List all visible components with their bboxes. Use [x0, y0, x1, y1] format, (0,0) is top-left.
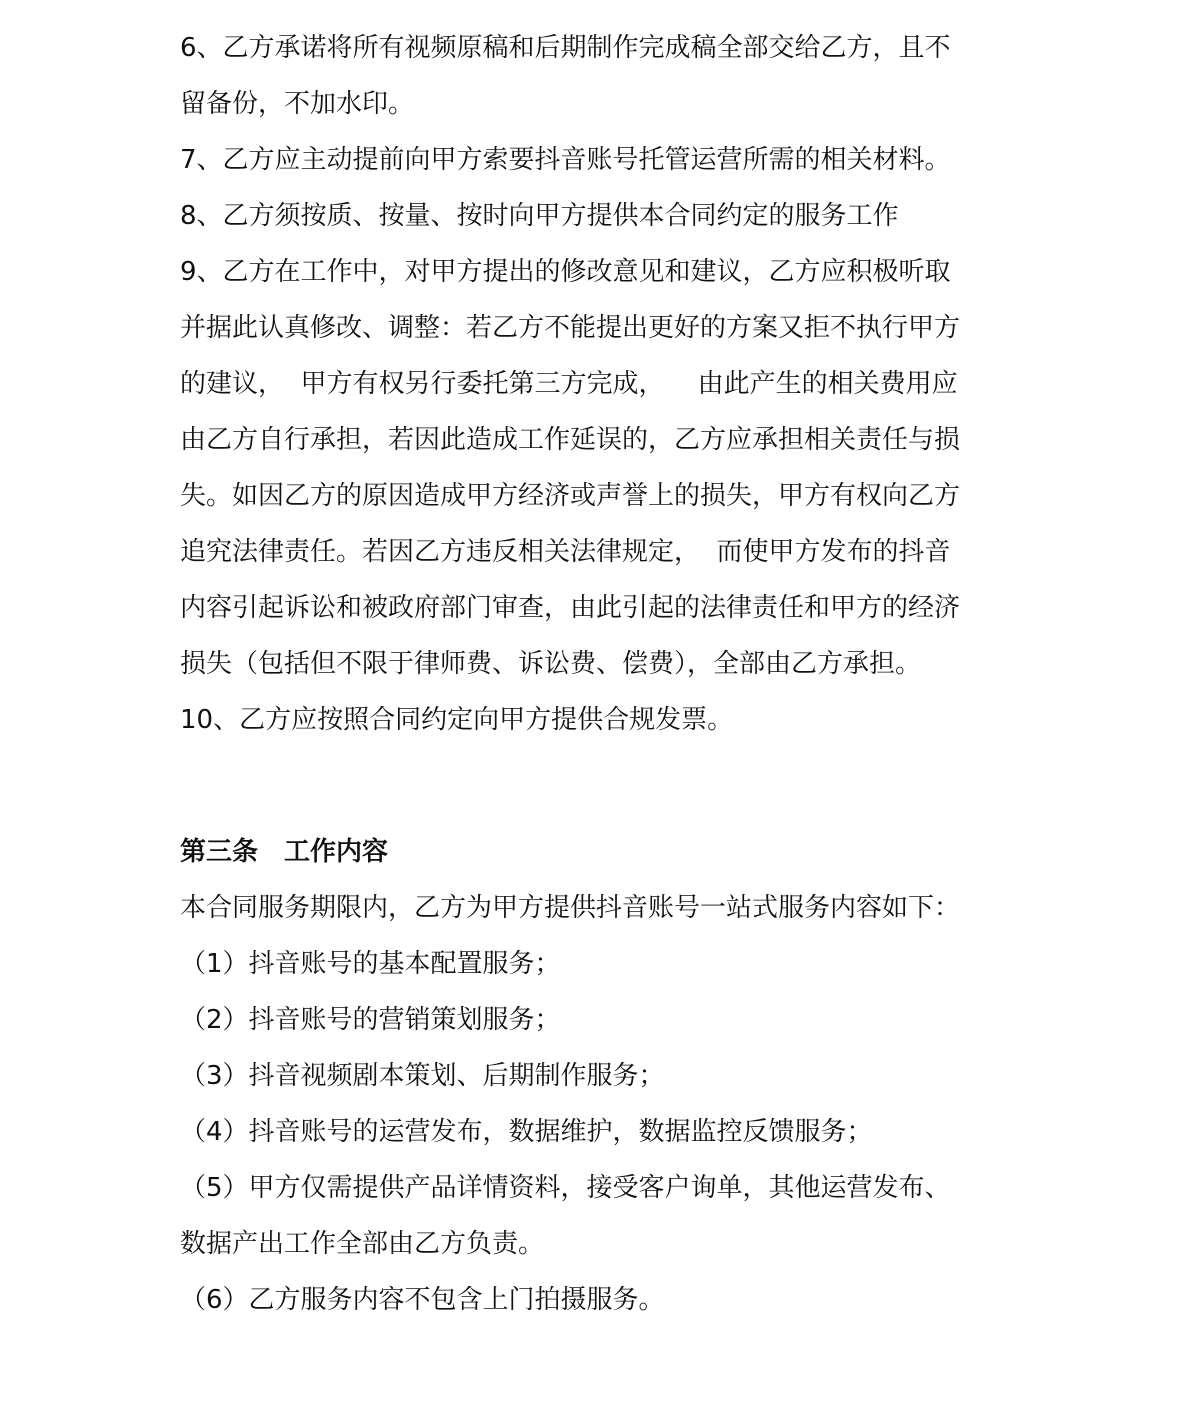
- clause-8: 8、乙方须按质、按量、按时向甲方提供本合同约定的服务工作: [180, 188, 1020, 244]
- clause-6-line-1: 6、乙方承诺将所有视频原稿和后期制作完成稿全部交给乙方，且不: [180, 20, 1020, 76]
- service-item-6: （6）乙方服务内容不包含上门拍摄服务。: [180, 1272, 1020, 1328]
- clause-7: 7、乙方应主动提前向甲方索要抖音账号托管运营所需的相关材料。: [180, 132, 1020, 188]
- clause-6-line-2: 留备份，不加水印。: [180, 76, 1020, 132]
- clause-9-line-4: 由乙方自行承担，若因此造成工作延误的，乙方应承担相关责任与损: [180, 412, 1020, 468]
- service-item-3: （3）抖音视频剧本策划、后期制作服务；: [180, 1048, 1020, 1104]
- article-3-section: 第三条 工作内容 本合同服务期限内，乙方为甲方提供抖音账号一站式服务内容如下： …: [180, 824, 1020, 1328]
- article-3-intro: 本合同服务期限内，乙方为甲方提供抖音账号一站式服务内容如下：: [180, 880, 1020, 936]
- service-item-4: （4）抖音账号的运营发布，数据维护，数据监控反馈服务；: [180, 1104, 1020, 1160]
- clause-10: 10、乙方应按照合同约定向甲方提供合规发票。: [180, 692, 1020, 748]
- clause-9-line-3: 的建议， 甲方有权另行委托第三方完成， 由此产生的相关费用应: [180, 356, 1020, 412]
- clause-9-line-2: 并据此认真修改、调整：若乙方不能提出更好的方案又拒不执行甲方: [180, 300, 1020, 356]
- article-3-heading: 第三条 工作内容: [180, 824, 1020, 880]
- clause-9-line-1: 9、乙方在工作中，对甲方提出的修改意见和建议，乙方应积极听取: [180, 244, 1020, 300]
- service-item-5-line-2: 数据产出工作全部由乙方负责。: [180, 1216, 1020, 1272]
- clause-9-line-7: 内容引起诉讼和被政府部门审查，由此引起的法律责任和甲方的经济: [180, 580, 1020, 636]
- service-item-5-line-1: （5）甲方仅需提供产品详情资料，接受客户询单，其他运营发布、: [180, 1160, 1020, 1216]
- clause-9-line-6: 追究法律责任。若因乙方违反相关法律规定， 而使甲方发布的抖音: [180, 524, 1020, 580]
- clause-9-line-8: 损失（包括但不限于律师费、诉讼费、偿费），全部由乙方承担。: [180, 636, 1020, 692]
- service-item-1: （1）抖音账号的基本配置服务；: [180, 936, 1020, 992]
- service-item-2: （2）抖音账号的营销策划服务；: [180, 992, 1020, 1048]
- clause-9-line-5: 失。如因乙方的原因造成甲方经济或声誉上的损失，甲方有权向乙方: [180, 468, 1020, 524]
- document-page: 6、乙方承诺将所有视频原稿和后期制作完成稿全部交给乙方，且不 留备份，不加水印。…: [180, 20, 1020, 1328]
- obligations-section: 6、乙方承诺将所有视频原稿和后期制作完成稿全部交给乙方，且不 留备份，不加水印。…: [180, 20, 1020, 748]
- paragraph-spacer: [180, 748, 1020, 804]
